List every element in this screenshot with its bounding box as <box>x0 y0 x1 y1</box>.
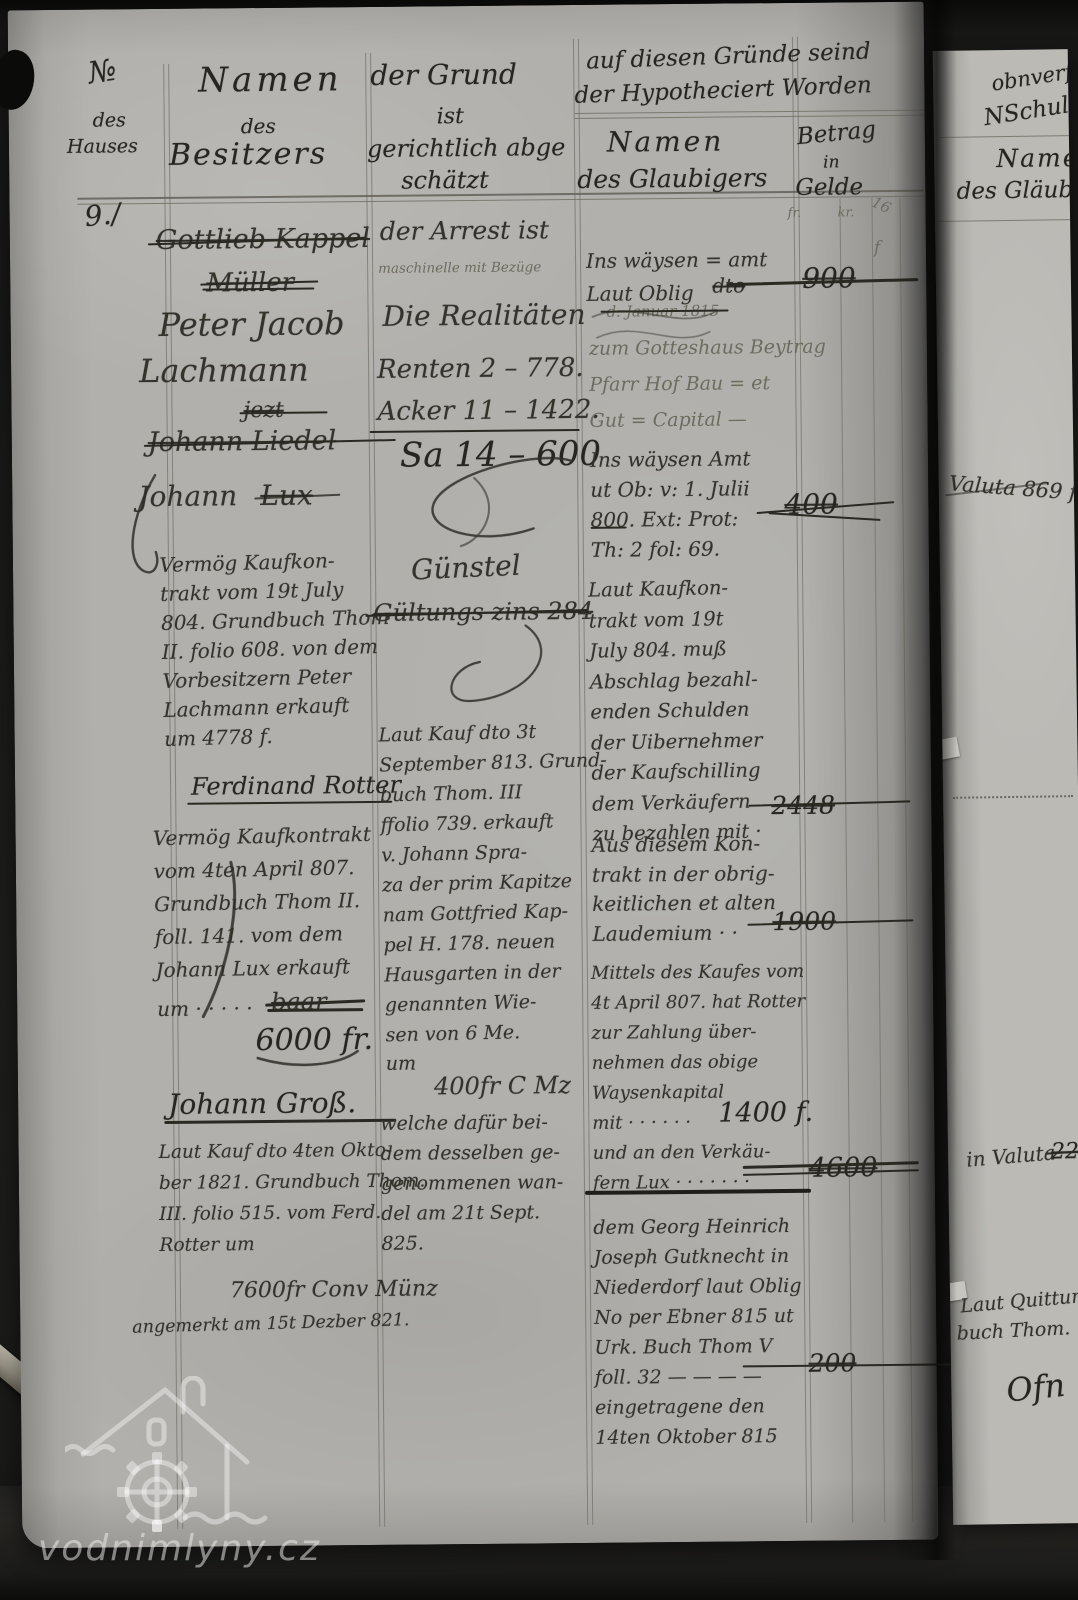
ledger-page: № des Hauses Namen des Besitzers der Gru… <box>8 2 939 1549</box>
neighbor-quittung-line2: buch Thom. <box>956 1319 1071 1344</box>
neighbor-in-valuta: in Valuta <box>965 1142 1056 1169</box>
neighbor-quittung-line1: Laut Quittung <box>960 1286 1078 1316</box>
ink-flourishes <box>8 2 939 1549</box>
dotted-rule <box>953 795 1073 799</box>
neighbor-valuta-869: Valuta 869 f <box>948 473 1077 503</box>
row-rule <box>935 219 1070 222</box>
neighbor-banner-line1: obnverſ <box>990 62 1074 95</box>
neighbor-header-namen: Namen <box>996 145 1078 171</box>
neighbor-banner-line2: NSchuld <box>982 92 1078 130</box>
binding-stitch-tab <box>933 737 960 762</box>
neighbor-fragment: Ofn <box>1005 1369 1067 1407</box>
scanned-ledger-photo: № des Hauses Namen des Besitzers der Gru… <box>0 0 1078 1600</box>
row-rule <box>938 135 1069 138</box>
neighbor-header-glaeubigers: des Gläubigers <box>957 178 1078 203</box>
adjacent-page: obnverſ NSchuld Namen des Gläubigers Val… <box>933 49 1078 1525</box>
